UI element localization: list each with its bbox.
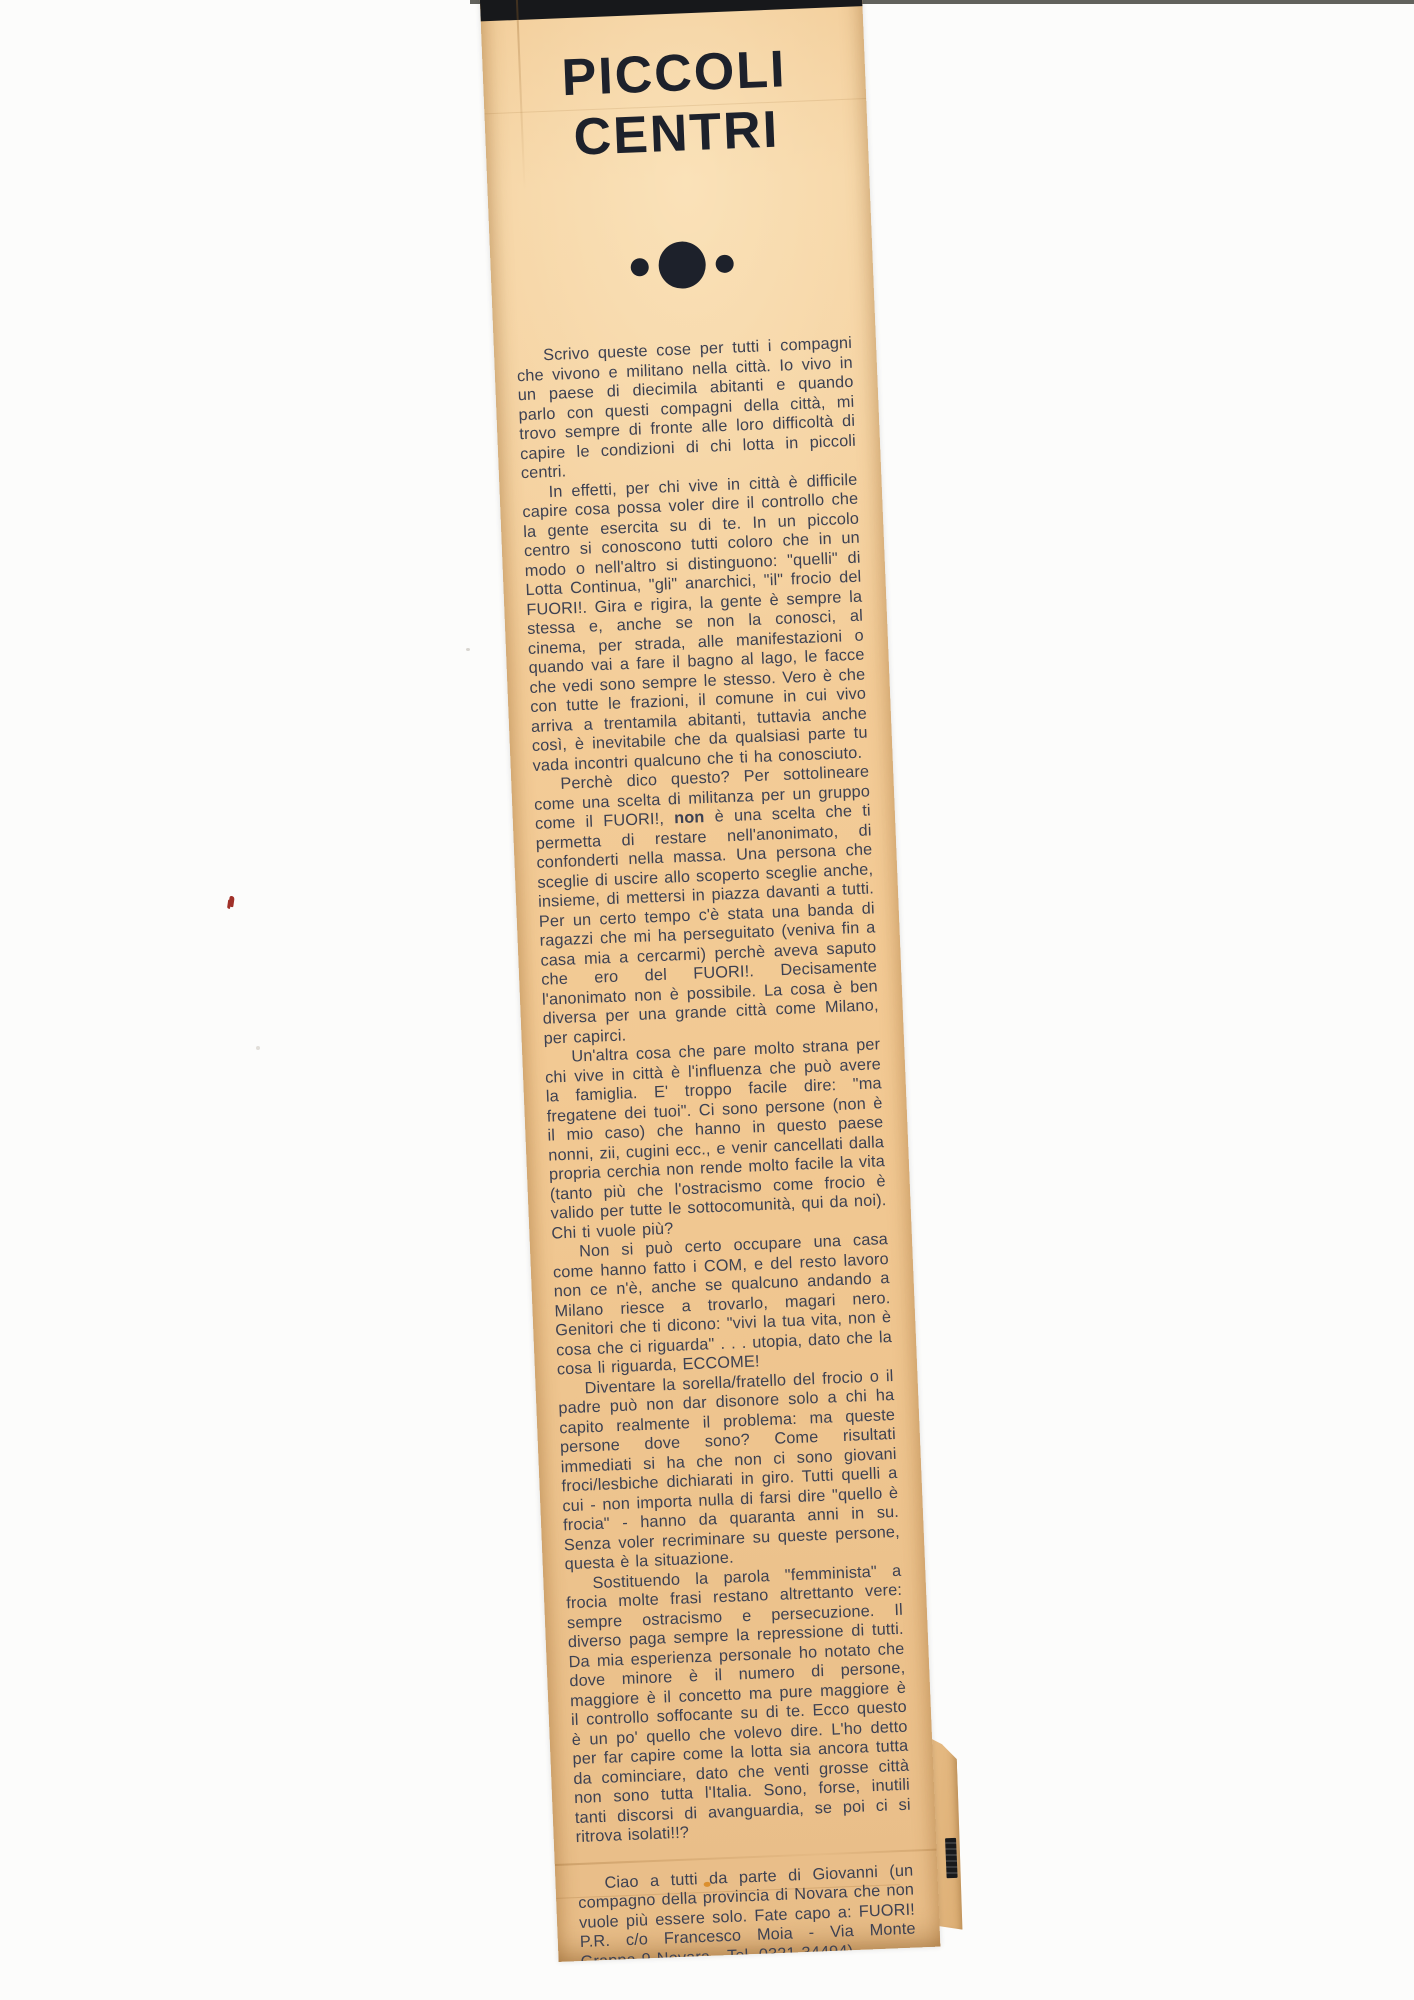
article-paragraph: Perchè dico questo? Per sottolineare com…: [533, 762, 880, 1048]
ink-mark: [945, 1838, 958, 1878]
red-ink-speck: [228, 896, 234, 908]
article-paragraph: Scrivo queste cose per tutti i compagni …: [516, 334, 857, 484]
scan-page: { "masthead": { "title_line1": "PICCOLI"…: [0, 0, 1414, 2000]
newspaper-clipping: PICCOLI CENTRI Scrivo queste cose per tu…: [480, 0, 941, 1962]
article-paragraph: In effetti, per chi vive in città è diff…: [521, 470, 868, 776]
header-black-bar: [480, 0, 863, 21]
article-paragraph: Diventare la sorella/fratello del frocio…: [557, 1366, 901, 1574]
dust-speck: [256, 1046, 260, 1050]
three-dots-ornament-icon: [490, 234, 874, 296]
dot-small-right-icon: [715, 254, 734, 273]
clipping-paper: PICCOLI CENTRI Scrivo queste cose per tu…: [480, 0, 941, 1962]
dot-large-icon: [657, 241, 706, 290]
article-paragraph: Un'altra cosa che pare molto strana per …: [544, 1035, 888, 1243]
article-title: PICCOLI CENTRI: [482, 36, 869, 171]
dot-small-left-icon: [630, 257, 649, 276]
article-body: Scrivo queste cose per tutti i compagni …: [494, 333, 941, 1962]
article-paragraph: Sostituendo la parola "femminista" a fro…: [565, 1561, 912, 1847]
article-paragraph: Ciao a tutti da parte di Giovanni (un co…: [577, 1861, 917, 1962]
dust-speck: [466, 648, 470, 651]
article-paragraph: Non si può certo occupare una casa come …: [552, 1230, 893, 1380]
